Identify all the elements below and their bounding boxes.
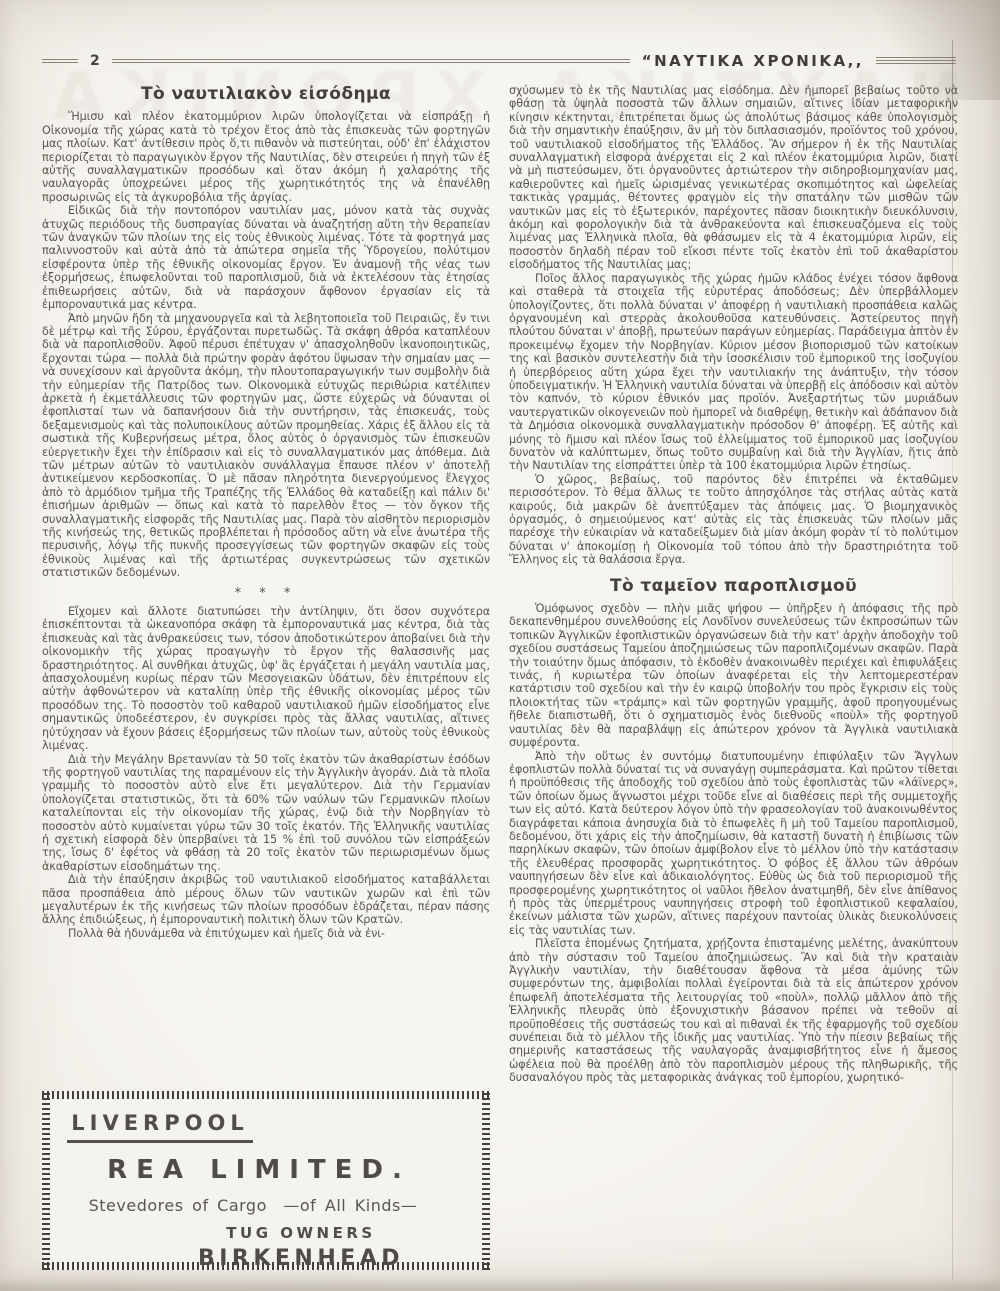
article-title-layup-fund: Τὸ ταμεῖον παροπλισμοῦ — [509, 580, 958, 593]
paragraph: Εἴχομεν καὶ ἄλλοτε διατυπώσει τὴν ἀντίλη… — [42, 605, 490, 752]
ad-location: BIRKENHEAD — [198, 1246, 404, 1271]
paragraph: Ἥμισυ καὶ πλέον ἑκατομμύριον λιρῶν ὑπολο… — [42, 110, 490, 204]
paragraph: Ποῖος ἄλλος παραγωγικὸς τῆς χώρας ἡμῶν κ… — [509, 272, 958, 473]
column-right: σχύσωμεν τὸ ἐκ τῆς Ναυτιλίας μας εἰσόδημ… — [509, 84, 958, 1284]
paragraph: Διὰ τὴν Μεγάλην Βρεταννίαν τὰ 50 τοῖς ἑκ… — [42, 753, 490, 874]
scan-corner-shadow — [830, 0, 1000, 100]
running-head: 2 “ΝΑΥΤΙΚΑ ΧΡΟΝΙΚΑ,, — [42, 52, 956, 70]
ad-city: LIVERPOOL — [67, 1111, 252, 1143]
ad-services-line: Stevedores of Cargo —of All Kinds— — [89, 1196, 418, 1215]
page-gutter-line — [952, 40, 953, 1281]
paragraph: Διὰ τὴν ἐπαύξησιν ἀκριβῶς τοῦ ναυτιλιακο… — [42, 873, 490, 927]
advertisement-rea-limited: LIVERPOOL REA LIMITED. Stevedores of Car… — [42, 1091, 490, 1270]
scan-bottom-shadow — [0, 1277, 1000, 1291]
header-rule-center — [112, 59, 630, 63]
article-title-shipping-income: Τὸ ναυτιλιακὸν εἰσόδημα — [42, 88, 490, 101]
ad-content: LIVERPOOL REA LIMITED. Stevedores of Car… — [50, 1099, 482, 1262]
ad-border-right — [482, 1091, 490, 1270]
paragraph: Εἰδικῶς διὰ τὴν ποντοπόρον ναυτιλίαν μας… — [42, 204, 490, 311]
paragraph: Ὁ χῶρος, βεβαίως, τοῦ παρόντος δὲν ἐπιτρ… — [509, 473, 958, 567]
scanned-magazine-page: ΝΑΥΤΙΚΑ ΧΡΟΝΙΚΑ 2 “ΝΑΥΤΙΚΑ ΧΡΟΝΙΚΑ,, Τὸ … — [0, 0, 1000, 1291]
ad-company-name: REA LIMITED. — [107, 1155, 411, 1185]
paragraph-continuation: σχύσωμεν τὸ ἐκ τῆς Ναυτιλίας μας εἰσόδημ… — [509, 84, 958, 272]
ad-border-left — [42, 1091, 50, 1270]
page-number: 2 — [90, 53, 100, 69]
ad-role-line: TUG OWNERS — [226, 1224, 375, 1242]
paragraph: Ὁμόφωνος σχεδὸν — πλὴν μιᾶς ψήφου — ὑπῆρ… — [509, 602, 958, 749]
paragraph: Πλεῖστα ἑπομένως ζητήματα, χρῄζοντα ἐπισ… — [509, 937, 958, 1084]
ad-border-top — [42, 1091, 490, 1099]
header-rule-left — [42, 59, 78, 64]
paragraph: Πολλὰ θὰ ἠδυνάμεθα νὰ ἐπιτύχωμεν καὶ ἡμε… — [42, 927, 490, 940]
section-separator: * * * — [42, 587, 490, 600]
column-left: Τὸ ναυτιλιακὸν εἰσόδημα Ἥμισυ καὶ πλέον … — [42, 84, 490, 1086]
paragraph: Ἀπὸ μηνῶν ἤδη τὰ μηχανουργεῖα καὶ τὰ λεβ… — [42, 312, 490, 580]
paragraph: Ἀπὸ τὴν οὕτως ἐν συντόμῳ διατυπουμένην ἐ… — [509, 750, 958, 938]
